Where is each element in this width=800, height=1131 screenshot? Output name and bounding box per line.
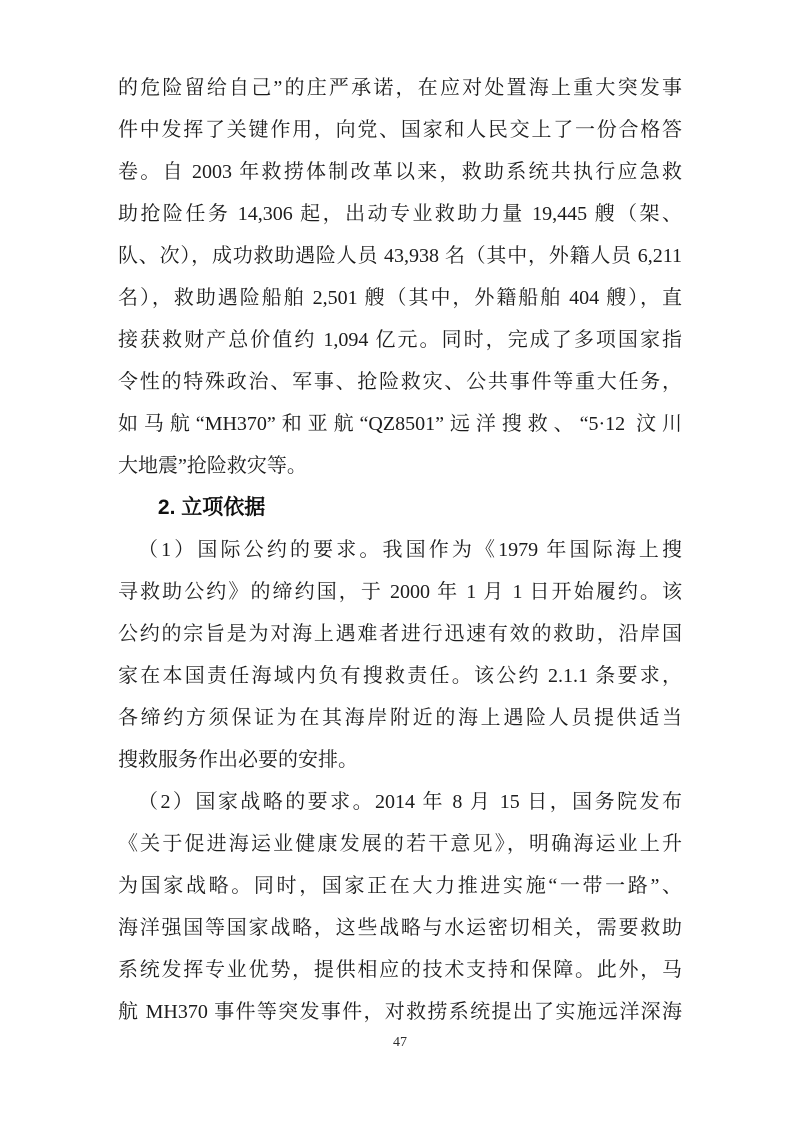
paragraph-line: 航 MH370 事件等突发事件，对救捞系统提出了实施远洋深海 — [118, 991, 682, 1033]
paragraph-line: 搜救服务作出必要的安排。 — [118, 739, 682, 781]
paragraph-line: 接获救财产总价值约 1,094 亿元。同时，完成了多项国家指 — [118, 319, 682, 361]
paragraph-line: 名），救助遇险船舶 2,501 艘（其中，外籍船舶 404 艘），直 — [118, 277, 682, 319]
paragraph-line: 助抢险任务 14,306 起，出动专业救助力量 19,445 艘（架、 — [118, 193, 682, 235]
paragraph-line: 海洋强国等国家战略，这些战略与水运密切相关，需要救助 — [118, 907, 682, 949]
paragraph-line: 令性的特殊政治、军事、抢险救灾、公共事件等重大任务， — [118, 361, 682, 403]
page-body: 的危险留给自己”的庄严承诺，在应对处置海上重大突发事 件中发挥了关键作用，向党、… — [118, 67, 682, 1033]
paragraph-line: 为国家战略。同时，国家正在大力推进实施“一带一路”、 — [118, 865, 682, 907]
paragraph-line: 系统发挥专业优势，提供相应的技术支持和保障。此外，马 — [118, 949, 682, 991]
paragraph-line: 《关于促进海运业健康发展的若干意见》，明确海运业上升 — [118, 823, 682, 865]
paragraph-line: 件中发挥了关键作用，向党、国家和人民交上了一份合格答 — [118, 109, 682, 151]
paragraph-line: 大地震”抢险救灾等。 — [118, 445, 682, 487]
paragraph-line: 寻救助公约》的缔约国，于 2000 年 1 月 1 日开始履约。该 — [118, 571, 682, 613]
paragraph-line: 各缔约方须保证为在其海岸附近的海上遇险人员提供适当 — [118, 697, 682, 739]
document-page: 的危险留给自己”的庄严承诺，在应对处置海上重大突发事 件中发挥了关键作用，向党、… — [0, 0, 800, 1131]
paragraph-line: （1）国际公约的要求。我国作为《1979 年国际海上搜 — [118, 529, 682, 571]
paragraph-line: 家在本国责任海域内负有搜救责任。该公约 2.1.1 条要求， — [118, 655, 682, 697]
paragraph-line: 的危险留给自己”的庄严承诺，在应对处置海上重大突发事 — [118, 67, 682, 109]
paragraph-line: 公约的宗旨是为对海上遇难者进行迅速有效的救助，沿岸国 — [118, 613, 682, 655]
paragraph-line: 队、次），成功救助遇险人员 43,938 名（其中，外籍人员 6,211 — [118, 235, 682, 277]
paragraph-line: 卷。自 2003 年救捞体制改革以来，救助系统共执行应急救 — [118, 151, 682, 193]
page-number: 47 — [0, 1034, 800, 1052]
section-heading: 2. 立项依据 — [118, 487, 682, 529]
paragraph-line: 如马航“MH370”和亚航“QZ8501”远洋搜救、“5·12 汶川 — [118, 403, 682, 445]
paragraph-line: （2）国家战略的要求。2014 年 8 月 15 日，国务院发布 — [118, 781, 682, 823]
